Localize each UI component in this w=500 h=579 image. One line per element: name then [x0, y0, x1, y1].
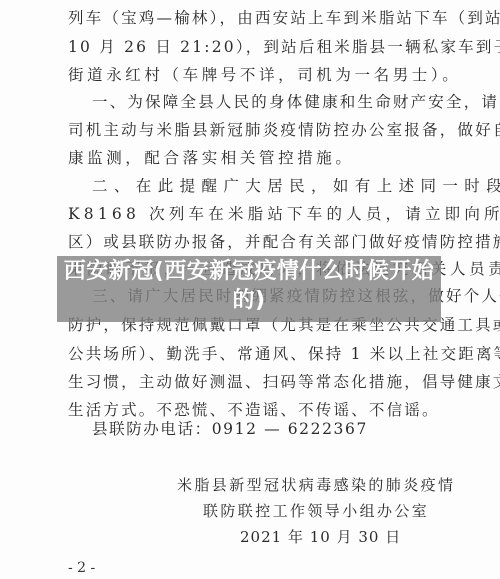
page-number: - 2 -: [68, 558, 95, 578]
section-three-line-5: 生活方式。不恐慌、不造谣、不传谣、不信谣。: [68, 400, 440, 420]
section-one-line-2: 司机主动与米脂县新冠肺炎疫情防控办公室报备，做好自身健: [68, 120, 440, 140]
signature-date: 2021 年 10 月 30 日: [240, 527, 401, 547]
section-two-line-2: K8168 次列车在米脂站下车的人员，请立即向所在村组（社: [68, 204, 440, 224]
section-one-line-1: 一、为保障全县人民的身体健康和生命财产安全，请该名: [92, 92, 440, 112]
section-two-line-3: 区）或县联防办报备，并配合有关部门做好疫情防控措施。如: [68, 232, 440, 252]
body-line-3: 街道永红村（车牌号不详，司机为一名男士）。: [68, 65, 440, 85]
signature-org-line-2: 联防联控工作领导小组办公室: [203, 501, 429, 521]
overlay-title: 西安新冠(西安新冠疫情什么时候开始的): [57, 257, 441, 315]
body-line-1: 列车（宝鸡—榆林），由西安站上车到米脂站下车（到站时间为: [68, 8, 440, 28]
section-three-line-4: 生习惯，主动做好测温、扫码等常态化措施，倡导健康文明的: [68, 372, 440, 392]
phone-line: 县联防办电话：0912 — 6222367: [92, 419, 440, 439]
signature-org-line-1: 米脂县新型冠状病毒感染的肺炎疫情: [177, 475, 455, 495]
section-three-line-3: 公共场所）、勤洗手、常通风、保持 1 米以上社交距离等良好卫: [68, 344, 440, 364]
section-two-line-1: 二、在此提醒广大居民，如有上述同一时段内乘坐过: [92, 176, 440, 196]
section-one-line-3: 康监测，配合落实相关管控措施。: [68, 148, 440, 168]
body-line-2: 10 月 26 日 21:20），到站后租米脂县一辆私家车到子州县双湖峪: [68, 37, 440, 57]
